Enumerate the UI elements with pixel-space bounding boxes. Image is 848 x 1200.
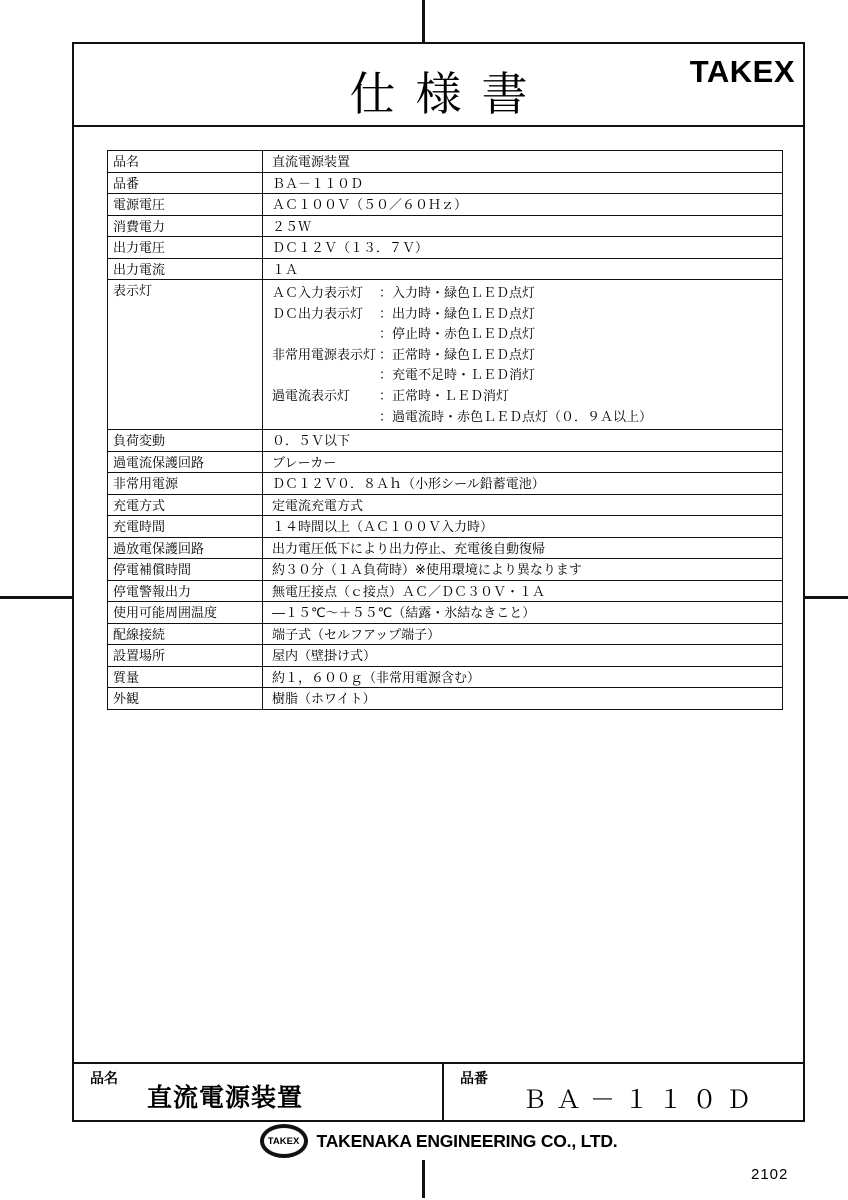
spec-row-label: 非常用電源: [108, 473, 263, 494]
spec-row: 負荷変動０．５Ｖ以下: [108, 429, 782, 451]
indicator-state: ：停止時・赤色ＬＥＤ点灯: [379, 326, 535, 341]
spec-row-value: 定電流充電方式: [263, 495, 782, 516]
spec-row-value: ―１５℃～＋５５℃（結露・氷結なきこと）: [263, 602, 782, 623]
spec-row: 表示灯ＡＣ入力表示灯：入力時・緑色ＬＥＤ点灯ＤＣ出力表示灯：出力時・緑色ＬＥＤ点…: [108, 279, 782, 429]
indicator-state: ：正常時・ＬＥＤ消灯: [379, 388, 509, 403]
indicator-state: ：正常時・緑色ＬＥＤ点灯: [379, 347, 535, 362]
spec-row-value: ＢＡ－１１０Ｄ: [263, 173, 782, 194]
crop-mark-bottom: [422, 1160, 425, 1198]
spec-row-label: 品名: [108, 151, 263, 172]
company-name: TAKENAKA ENGINEERING CO., LTD.: [317, 1131, 618, 1152]
spec-row-value: 約１，６００ｇ（非常用電源含む）: [263, 667, 782, 688]
spec-row-value: 直流電源装置: [263, 151, 782, 172]
indicator-name: ＡＣ入力表示灯: [272, 283, 379, 304]
spec-row-value: 出力電圧低下により出力停止、充電後自動復帰: [263, 538, 782, 559]
indicator-state: ：過電流時・赤色ＬＥＤ点灯（０．９Ａ以上）: [379, 409, 652, 424]
spec-row-label: 表示灯: [108, 280, 263, 429]
spec-row-value: １４時間以上（ＡＣ１００Ｖ入力時）: [263, 516, 782, 537]
spec-row-value: １Ａ: [263, 259, 782, 280]
spec-row-label: 過電流保護回路: [108, 452, 263, 473]
spec-row: 電源電圧ＡＣ１００Ｖ（５０／６０Ｈｚ）: [108, 193, 782, 215]
indicator-state: ：出力時・緑色ＬＥＤ点灯: [379, 306, 535, 321]
crop-mark-left: [0, 596, 72, 599]
spec-row: 停電警報出力無電圧接点（ｃ接点）ＡＣ／ＤＣ３０Ｖ・１Ａ: [108, 580, 782, 602]
spec-row-value: 屋内（壁掛け式）: [263, 645, 782, 666]
page-code: 2102: [751, 1166, 788, 1183]
product-number-label: 品番: [460, 1068, 488, 1088]
spec-row-label: 出力電流: [108, 259, 263, 280]
indicator-line: ：停止時・赤色ＬＥＤ点灯: [272, 324, 776, 345]
indicator-line: ：充電不足時・ＬＥＤ消灯: [272, 365, 776, 386]
indicator-line: 過電流表示灯：正常時・ＬＥＤ消灯: [272, 386, 776, 407]
takex-logo-text: TAKEX: [690, 54, 795, 90]
spec-row-value: ＤＣ１２Ｖ（１３．７Ｖ）: [263, 237, 782, 258]
spec-row-label: 品番: [108, 173, 263, 194]
indicator-name: 過電流表示灯: [272, 386, 379, 407]
spec-row-value: 樹脂（ホワイト）: [263, 688, 782, 709]
crop-mark-right: [805, 596, 848, 599]
product-number-cell: 品番 ＢＡ－１１０Ｄ: [444, 1064, 803, 1120]
spec-row-value: ＡＣ入力表示灯：入力時・緑色ＬＥＤ点灯ＤＣ出力表示灯：出力時・緑色ＬＥＤ点灯：停…: [263, 280, 782, 429]
indicator-line: ＤＣ出力表示灯：出力時・緑色ＬＥＤ点灯: [272, 304, 776, 325]
takex-badge-icon: TAKEX: [260, 1124, 308, 1158]
spec-row-label: 配線接続: [108, 624, 263, 645]
spec-row-value: ＤＣ１２Ｖ０．８Ａｈ（小形シール鉛蓄電池）: [263, 473, 782, 494]
spec-row-label: 消費電力: [108, 216, 263, 237]
spec-row-label: 出力電圧: [108, 237, 263, 258]
spec-row: 充電時間１４時間以上（ＡＣ１００Ｖ入力時）: [108, 515, 782, 537]
spec-row-value: ０．５Ｖ以下: [263, 430, 782, 451]
spec-row-label: 設置場所: [108, 645, 263, 666]
product-name-value: 直流電源装置: [147, 1078, 303, 1114]
spec-row-label: 過放電保護回路: [108, 538, 263, 559]
spec-row: 品名直流電源装置: [108, 151, 782, 172]
spec-row-label: 停電警報出力: [108, 581, 263, 602]
spec-row: 過電流保護回路ブレーカー: [108, 451, 782, 473]
spec-row: 使用可能周囲温度―１５℃～＋５５℃（結露・氷結なきこと）: [108, 601, 782, 623]
spec-row-label: 質量: [108, 667, 263, 688]
spec-row-label: 負荷変動: [108, 430, 263, 451]
spec-row-value: 約３０分（１Ａ負荷時）※使用環境により異なります: [263, 559, 782, 580]
indicator-state: ：充電不足時・ＬＥＤ消灯: [379, 367, 535, 382]
indicator-line: ＡＣ入力表示灯：入力時・緑色ＬＥＤ点灯: [272, 283, 776, 304]
product-name-label: 品名: [90, 1068, 118, 1088]
spec-row: 設置場所屋内（壁掛け式）: [108, 644, 782, 666]
product-number-value: ＢＡ－１１０Ｄ: [522, 1080, 760, 1116]
spec-row-label: 充電方式: [108, 495, 263, 516]
spec-row-label: 外観: [108, 688, 263, 709]
spec-row: 過放電保護回路出力電圧低下により出力停止、充電後自動復帰: [108, 537, 782, 559]
spec-sheet-page: 仕様書 TAKEX 品名直流電源装置品番ＢＡ－１１０Ｄ電源電圧ＡＣ１００Ｖ（５０…: [0, 0, 848, 1200]
spec-row-value: ２５Ｗ: [263, 216, 782, 237]
crop-mark-top: [422, 0, 425, 42]
spec-row: 停電補償時間約３０分（１Ａ負荷時）※使用環境により異なります: [108, 558, 782, 580]
spec-row: 充電方式定電流充電方式: [108, 494, 782, 516]
spec-row-value: 無電圧接点（ｃ接点）ＡＣ／ＤＣ３０Ｖ・１Ａ: [263, 581, 782, 602]
spec-row-value: 端子式（セルフアップ端子）: [263, 624, 782, 645]
spec-row-label: 充電時間: [108, 516, 263, 537]
product-block: 品名 直流電源装置 品番 ＢＡ－１１０Ｄ: [72, 1062, 805, 1122]
spec-row: 出力電流１Ａ: [108, 258, 782, 280]
spec-row-label: 電源電圧: [108, 194, 263, 215]
indicator-name: 非常用電源表示灯: [272, 345, 379, 366]
spec-table: 品名直流電源装置品番ＢＡ－１１０Ｄ電源電圧ＡＣ１００Ｖ（５０／６０Ｈｚ）消費電力…: [107, 150, 783, 710]
indicator-line: 非常用電源表示灯：正常時・緑色ＬＥＤ点灯: [272, 345, 776, 366]
spec-row-value: ブレーカー: [263, 452, 782, 473]
spec-row: 質量約１，６００ｇ（非常用電源含む）: [108, 666, 782, 688]
title-block: 仕様書 TAKEX: [74, 44, 803, 127]
indicator-name: ＤＣ出力表示灯: [272, 304, 379, 325]
spec-row: 出力電圧ＤＣ１２Ｖ（１３．７Ｖ）: [108, 236, 782, 258]
spec-row-value: ＡＣ１００Ｖ（５０／６０Ｈｚ）: [263, 194, 782, 215]
product-name-cell: 品名 直流電源装置: [74, 1064, 444, 1120]
spec-row-label: 停電補償時間: [108, 559, 263, 580]
spec-row: 配線接続端子式（セルフアップ端子）: [108, 623, 782, 645]
indicator-line: ：過電流時・赤色ＬＥＤ点灯（０．９Ａ以上）: [272, 407, 776, 428]
spec-row: 品番ＢＡ－１１０Ｄ: [108, 172, 782, 194]
spec-row: 非常用電源ＤＣ１２Ｖ０．８Ａｈ（小形シール鉛蓄電池）: [108, 472, 782, 494]
spec-row-label: 使用可能周囲温度: [108, 602, 263, 623]
spec-row: 消費電力２５Ｗ: [108, 215, 782, 237]
company-footer: TAKEX TAKENAKA ENGINEERING CO., LTD.: [72, 1122, 805, 1160]
indicator-state: ：入力時・緑色ＬＥＤ点灯: [379, 285, 535, 300]
spec-row: 外観樹脂（ホワイト）: [108, 687, 782, 709]
